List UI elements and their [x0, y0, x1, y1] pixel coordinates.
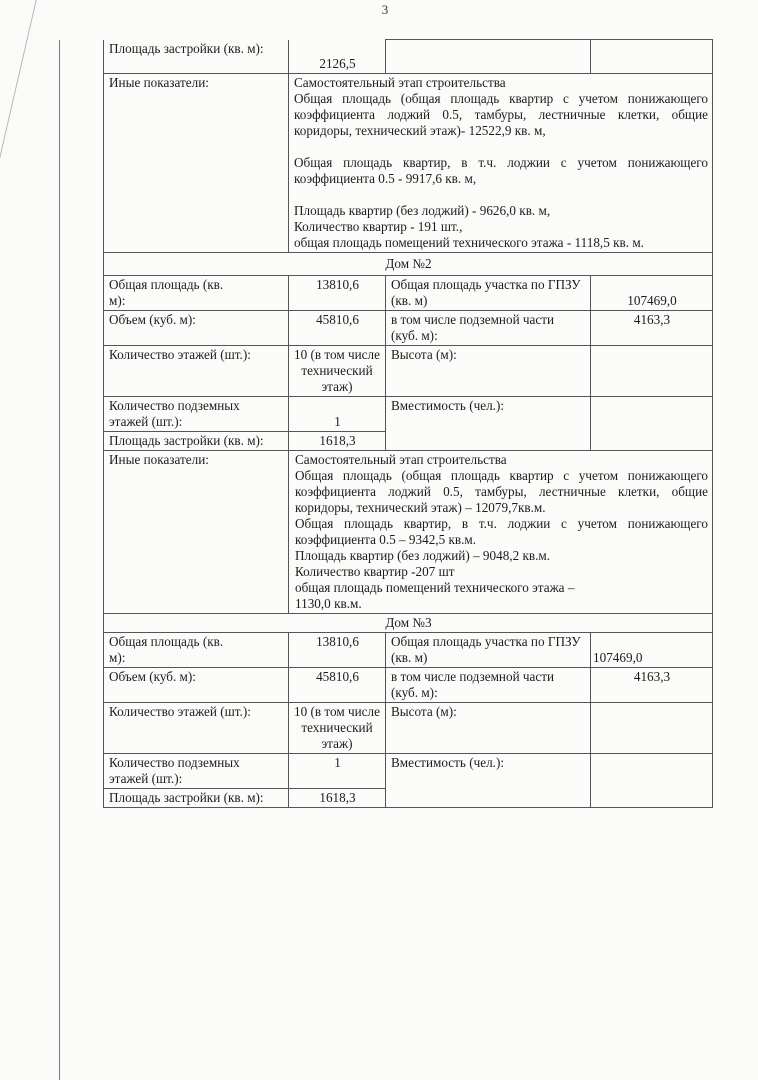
label-cell: Иные показатели: — [104, 74, 289, 253]
label-cell: Площадь застройки (кв. м): — [104, 789, 289, 808]
house3-title-row: Дом №3 — [104, 614, 713, 633]
value-cell: 107469,0 — [591, 276, 713, 311]
other-indicators-cell: Самостоятельный этап строительства Общая… — [289, 451, 713, 614]
house2-area-row: Общая площадь (кв. м): 13810,6 Общая пло… — [104, 276, 713, 311]
value-cell — [591, 703, 713, 754]
stage-text: Самостоятельный этап строительства — [295, 452, 708, 468]
label-cell: Высота (м): — [386, 703, 591, 754]
label-cell: Высота (м): — [386, 346, 591, 397]
value-cell: 2126,5 — [289, 40, 386, 74]
house2-volume-row: Объем (куб. м): 45810,6 в том числе подз… — [104, 311, 713, 346]
house2-floors-row: Количество этажей (шт.): 10 (в том числе… — [104, 346, 713, 397]
value-cell: 1618,3 — [289, 432, 386, 451]
tech-floor-area-value: 1130,0 кв.м. — [295, 596, 708, 612]
label-cell: Общая площадь (кв. м): — [104, 276, 289, 311]
other-indicators-cell: Самостоятельный этап строительства Общая… — [289, 74, 713, 253]
label-cell: Объем (куб. м): — [104, 311, 289, 346]
scan-edge — [0, 0, 60, 200]
page-number: 3 — [0, 2, 758, 18]
value-cell: 13810,6 — [289, 276, 386, 311]
house2-other-row: Иные показатели: Самостоятельный этап ст… — [104, 451, 713, 614]
apartments-count-text: Количество квартир -207 шт — [295, 564, 708, 580]
value-cell: 4163,3 — [591, 668, 713, 703]
label-cell: в том числе подземной части (куб. м): — [386, 311, 591, 346]
label-cell: Вместимость (чел.): — [386, 397, 591, 451]
label-cell: Общая площадь участка по ГПЗУ (кв. м) — [386, 633, 591, 668]
value-cell: 107469,0 — [591, 633, 713, 668]
house3-underground-floors-row: Количество подземных этажей (шт.): 1 Вме… — [104, 754, 713, 789]
label-cell: Площадь застройки (кв. м): — [104, 432, 289, 451]
tech-floor-area-text: общая площадь помещений технического эта… — [294, 235, 708, 251]
building-parameters-table: Площадь застройки (кв. м): 2126,5 Иные п… — [103, 39, 713, 808]
empty-cell — [386, 40, 591, 74]
value-cell: 1 — [289, 397, 386, 432]
house1-build-area-row: Площадь застройки (кв. м): 2126,5 — [104, 40, 713, 74]
house3-area-row: Общая площадь (кв. м): 13810,6 Общая пло… — [104, 633, 713, 668]
value-cell: 45810,6 — [289, 668, 386, 703]
value-cell: 10 (в том числе технический этаж) — [289, 703, 386, 754]
spacer — [294, 187, 708, 203]
total-area-text: Общая площадь (общая площадь квартир с у… — [295, 468, 708, 516]
value-cell — [591, 754, 713, 808]
label-cell: в том числе подземной части (куб. м): — [386, 668, 591, 703]
apartments-area-text: Общая площадь квартир, в т.ч. лоджии с у… — [295, 516, 708, 548]
section-title: Дом №2 — [104, 253, 713, 276]
apartments-no-loggia-text: Площадь квартир (без лоджий) - 9626,0 кв… — [294, 203, 708, 219]
value-cell: 13810,6 — [289, 633, 386, 668]
apartments-area-text: Общая площадь квартир, в т.ч. лоджии с у… — [294, 155, 708, 187]
label-cell: Вместимость (чел.): — [386, 754, 591, 808]
value-cell: 1 — [289, 754, 386, 789]
margin-line — [59, 40, 60, 1080]
stage-text: Самостоятельный этап строительства — [294, 75, 708, 91]
empty-cell — [591, 40, 713, 74]
label-cell: Количество подземных этажей (шт.): — [104, 754, 289, 789]
house3-volume-row: Объем (куб. м): 45810,6 в том числе подз… — [104, 668, 713, 703]
label-cell: Иные показатели: — [104, 451, 289, 614]
label-cell: Количество этажей (шт.): — [104, 346, 289, 397]
section-title: Дом №3 — [104, 614, 713, 633]
label-cell: Общая площадь (кв. м): — [104, 633, 289, 668]
value-cell: 4163,3 — [591, 311, 713, 346]
value-cell: 45810,6 — [289, 311, 386, 346]
spacer — [294, 139, 708, 155]
label-cell: Количество этажей (шт.): — [104, 703, 289, 754]
house2-title-row: Дом №2 — [104, 253, 713, 276]
label-cell: Площадь застройки (кв. м): — [104, 40, 289, 74]
label-cell: Объем (куб. м): — [104, 668, 289, 703]
value-cell: 10 (в том числе технический этаж) — [289, 346, 386, 397]
value-cell — [591, 346, 713, 397]
tech-floor-area-text: общая площадь помещений технического эта… — [295, 580, 708, 596]
label-cell: Общая площадь участка по ГПЗУ (кв. м) — [386, 276, 591, 311]
apartments-count-text: Количество квартир - 191 шт., — [294, 219, 708, 235]
value-cell — [591, 397, 713, 451]
house1-other-row: Иные показатели: Самостоятельный этап ст… — [104, 74, 713, 253]
value-cell: 1618,3 — [289, 789, 386, 808]
house2-underground-floors-row: Количество подземных этажей (шт.): 1 Вме… — [104, 397, 713, 432]
total-area-text: Общая площадь (общая площадь квартир с у… — [294, 91, 708, 139]
apartments-no-loggia-text: Площадь квартир (без лоджий) – 9048,2 кв… — [295, 548, 708, 564]
label-cell: Количество подземных этажей (шт.): — [104, 397, 289, 432]
house3-floors-row: Количество этажей (шт.): 10 (в том числе… — [104, 703, 713, 754]
